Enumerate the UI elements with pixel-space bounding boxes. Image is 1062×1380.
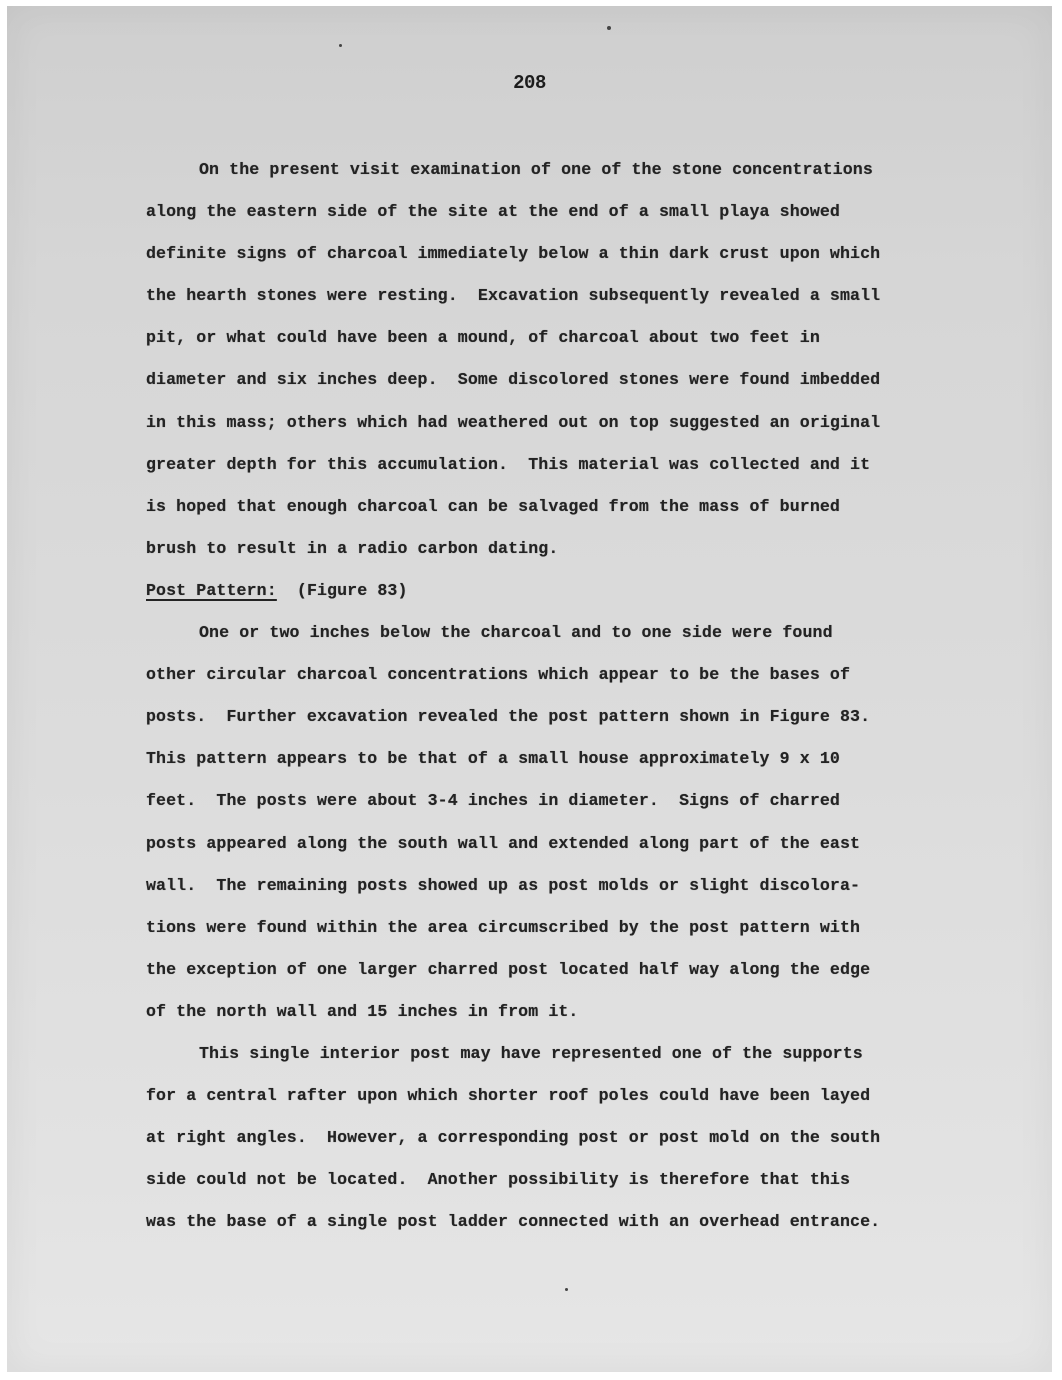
text-line: for a central rafter upon which shorter …	[146, 1075, 936, 1117]
text-line: feet. The posts were about 3-4 inches in…	[146, 780, 936, 822]
text-line: This single interior post may have repre…	[146, 1033, 936, 1075]
text-line: diameter and six inches deep. Some disco…	[146, 359, 936, 401]
text-line: in this mass; others which had weathered…	[146, 402, 936, 444]
text-line: the exception of one larger charred post…	[146, 949, 936, 991]
text-line: along the eastern side of the site at th…	[146, 191, 936, 233]
text-line: One or two inches below the charcoal and…	[146, 612, 936, 654]
scan-speck	[565, 1288, 568, 1291]
section-heading: Post Pattern: (Figure 83)	[146, 570, 936, 612]
text-line: was the base of a single post ladder con…	[146, 1201, 936, 1243]
text-line: posts. Further excavation revealed the p…	[146, 696, 936, 738]
text-line: of the north wall and 15 inches in from …	[146, 991, 936, 1033]
text-line: wall. The remaining posts showed up as p…	[146, 865, 936, 907]
figure-reference: (Figure 83)	[277, 581, 408, 600]
text-line: is hoped that enough charcoal can be sal…	[146, 486, 936, 528]
section-heading-label: Post Pattern:	[146, 581, 277, 600]
text-line: On the present visit examination of one …	[146, 149, 936, 191]
document-body: On the present visit examination of one …	[146, 149, 936, 1243]
text-line: This pattern appears to be that of a sma…	[146, 738, 936, 780]
paragraph-post-pattern: One or two inches below the charcoal and…	[146, 612, 936, 1033]
scan-speck	[339, 44, 342, 47]
scan-speck	[607, 26, 611, 30]
text-line: brush to result in a radio carbon dating…	[146, 528, 936, 570]
text-line: greater depth for this accumulation. Thi…	[146, 444, 936, 486]
paragraph-interior-post: This single interior post may have repre…	[146, 1033, 936, 1243]
text-line: definite signs of charcoal immediately b…	[146, 233, 936, 275]
text-line: the hearth stones were resting. Excavati…	[146, 275, 936, 317]
text-line: tions were found within the area circums…	[146, 907, 936, 949]
text-line: at right angles. However, a correspondin…	[146, 1117, 936, 1159]
paragraph-hearth-excavation: On the present visit examination of one …	[146, 149, 936, 570]
page-number: 208	[7, 72, 1052, 94]
text-line: pit, or what could have been a mound, of…	[146, 317, 936, 359]
text-line: side could not be located. Another possi…	[146, 1159, 936, 1201]
text-line: posts appeared along the south wall and …	[146, 823, 936, 865]
text-line: other circular charcoal concentrations w…	[146, 654, 936, 696]
scanned-page: 208 On the present visit examination of …	[7, 6, 1052, 1372]
